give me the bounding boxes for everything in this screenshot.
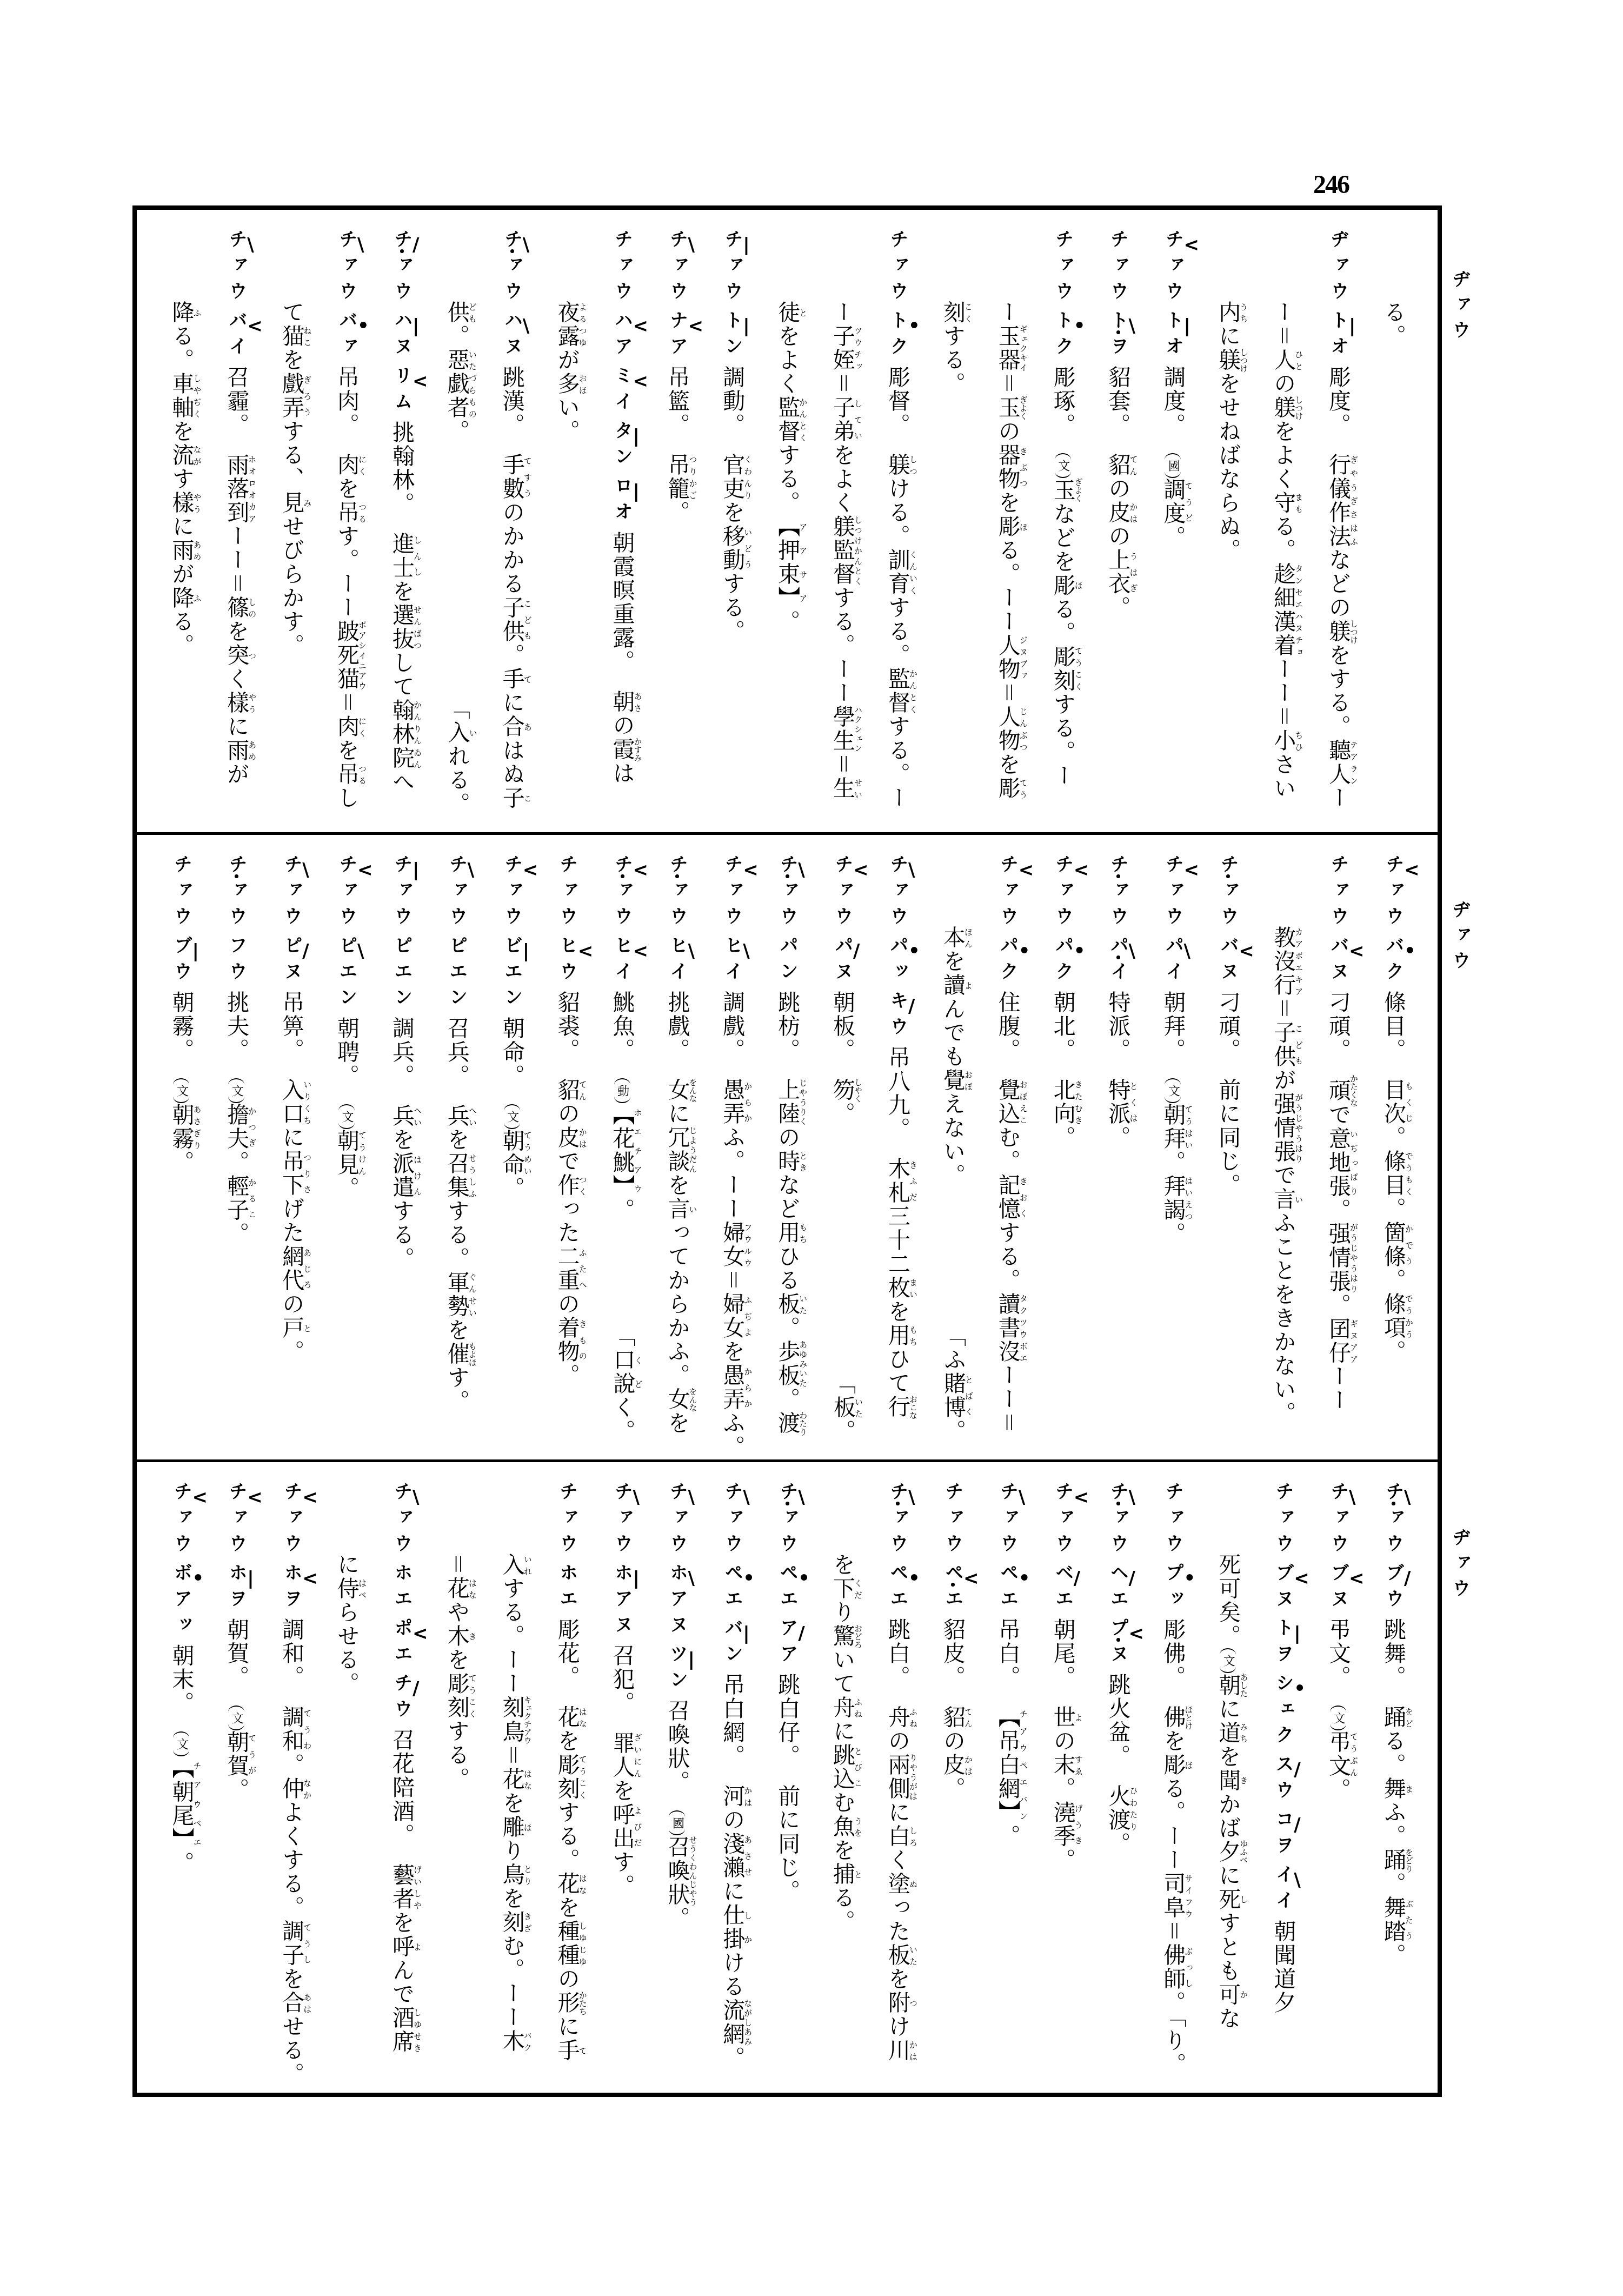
lemma-characters: 召霾。 (224, 366, 249, 437)
aspiration-dot-icon (400, 249, 404, 253)
definition-text: ー＝人ひとの躾しつけをよく守まもる。趁細漢着タンセエハヌチョーー＝小ちひさい (1271, 301, 1295, 800)
text-run: に (1215, 324, 1240, 348)
ruby-reading: ぎよく (1019, 396, 1028, 420)
ruby-word: 刻こく (940, 301, 965, 324)
continuation-column: 内うちに躾しつけをせねばならぬ。 (1200, 210, 1255, 832)
definition-text: ＝花はなや木きを彫刻てうこくする。 (444, 1553, 469, 1791)
ruby-word: 見み (279, 491, 304, 515)
ruby-word: 囝仔ギヌアア (1326, 1317, 1351, 1365)
ruby-base: 學生 (830, 705, 855, 753)
text-run: 。 (1381, 1197, 1406, 1221)
ruby-word: 躾しつ (885, 453, 910, 477)
headword-syllable: チァウ\ (391, 1482, 413, 1560)
ruby-base: 調子 (279, 1920, 304, 1967)
headword-syllable: ヂァウ (1327, 229, 1349, 307)
ruby-reading: ポアシイニアウ (357, 620, 367, 691)
headword-syllable: チァウ (556, 854, 578, 932)
text-run: 「り。 (1161, 2005, 1186, 2076)
ruby-reading: いた (908, 1943, 918, 1967)
ruby-base: 器物 (995, 443, 1020, 491)
syllable-kana: ハア (611, 310, 633, 362)
entry-column: チァウブヌ<トヲ|シェク•スウ/コヲ/イイ\朝聞道夕 (1255, 1462, 1311, 2093)
ruby-word: 强情張がうじやうはり (1271, 1092, 1295, 1164)
ruby-reading: て (523, 667, 533, 691)
ruby-reading: よ (413, 1935, 422, 1959)
syllable-kana: アア (776, 1618, 798, 1670)
ruby-reading: ぎろう (302, 372, 312, 420)
ruby-base: 惡戯者 (444, 348, 469, 420)
headword-syllable: チァウ< (170, 1482, 192, 1560)
ruby-base: 花 (444, 1577, 469, 1601)
ruby-reading: しゆせき (413, 2006, 422, 2054)
headword-kana: チァウブヌ<トヲ|シェク•スウ/コヲ/イイ\ (1272, 1482, 1294, 1920)
ruby-base: 徒 (775, 301, 800, 324)
syllable-kana: ブヌ (1327, 1563, 1349, 1615)
definition-text: 頑かたくなで意地張いぢっぱり。强情張がうじやうはり。囝仔ギヌアアーー (1326, 1078, 1351, 1412)
ruby-base: 佛師 (1160, 1943, 1185, 1991)
tone-mark-icon: • (908, 942, 920, 960)
headword-syllable: トオ| (1162, 310, 1183, 362)
definition-text: 朝あさの霞かすみは (610, 690, 635, 785)
ruby-reading: あさせ (743, 1832, 753, 1880)
headword-syllable: チァウ\ (666, 229, 688, 307)
headword-syllable: トク• (887, 310, 908, 362)
headword-syllable: ピエン (446, 935, 468, 1013)
headword-syllable: トヲ\ (1107, 310, 1129, 362)
entry-column: チァウ\ペエ•バン|吊白網。河かはの淺瀨あさせに仕掛しかける流網ながしあみ。 (704, 1462, 760, 2093)
text-run: を (995, 491, 1020, 515)
ruby-reading: いどう (743, 525, 753, 572)
syllable-kana: チァウ (1272, 1482, 1294, 1560)
syllable-kana: チァウ (1107, 1482, 1129, 1560)
definition-text: 前に同じ。 (1215, 1078, 1240, 1197)
headword-syllable: ビエン| (501, 935, 523, 1013)
ruby-word: 言い (664, 1197, 689, 1221)
headword-syllable: ブウ/ (1382, 1563, 1404, 1615)
ruby-base: 彫刻 (444, 1672, 469, 1720)
entry-column: チァウフウ挑夫。文擔夫かつぎ。輕子かるこ。 (209, 835, 264, 1459)
text-run: が (1271, 1069, 1295, 1092)
tone-mark-icon: \ (247, 236, 254, 254)
continuation-column: に侍はべらせる。 (319, 1462, 374, 2093)
syllable-kana: チァウ (887, 854, 908, 932)
headword-kana: チァウ\パン (776, 854, 798, 991)
ruby-base: 可 (1215, 1983, 1240, 2007)
entry-columns: る。ヂァウトオ|彫度。行儀作法ぎやうぎさはふなどの躾しつけをする。聽人テアランー… (154, 210, 1421, 832)
ruby-reading: と (302, 1316, 312, 1340)
text-run: を (1160, 1729, 1185, 1753)
tone-mark-icon: | (743, 317, 749, 335)
usage-label: 文 (228, 1706, 244, 1730)
text-run: を (610, 1779, 635, 1803)
headword-kana: チァウプッ• (1162, 1482, 1183, 1618)
headword-syllable: チァウ\ (1107, 1482, 1129, 1560)
ruby-base: 吊下 (279, 1150, 304, 1197)
headword-syllable: チァウ\ (225, 229, 247, 307)
headword-syllable: チァウ (887, 229, 908, 307)
headword-kana: チァウ<パク• (997, 854, 1019, 991)
definition-text: 國調度てうど。 (1160, 453, 1185, 549)
syllable-kana: チァウ (611, 854, 633, 932)
headword-kana: チァウ<ホヲ< (281, 1482, 302, 1618)
definition-text: 笏しやく。 (830, 1078, 855, 1126)
ruby-base: 舟 (830, 1696, 855, 1720)
tone-mark-icon: • (1074, 317, 1086, 335)
ruby-word: 教沒行カアボエキア (1271, 926, 1295, 997)
headword-kana: チァウ<トオ| (1162, 229, 1183, 366)
ruby-reading: タクツウボエ (1019, 1292, 1028, 1364)
headword-syllable: チァウ (1327, 854, 1349, 932)
lemma-characters: 吊白。 (995, 1618, 1020, 1689)
ruby-word: 召集せうしふ (444, 1152, 469, 1199)
definition-text: 文擔夫かつぎ。輕子かるこ。 (224, 1078, 249, 1246)
ruby-reading: はな (523, 1768, 533, 1791)
text-run: をする。 (1326, 643, 1351, 739)
text-run: 。 (1160, 526, 1185, 549)
text-run: る。ーー (1160, 1777, 1185, 1872)
text-run: 。 (1050, 1777, 1075, 1801)
ruby-reading: とくは (1129, 1078, 1139, 1126)
ruby-base: 刻鳥 (500, 1696, 524, 1744)
syllable-kana: チァウ (776, 1482, 798, 1560)
ruby-reading: をど (1404, 1706, 1414, 1729)
ruby-word: 板いた (830, 1396, 855, 1419)
ruby-reading: つ (247, 643, 257, 667)
syllable-kana: チァウ (336, 229, 357, 307)
ruby-base: 官吏 (720, 453, 744, 501)
text-run: を (664, 1173, 689, 1197)
ruby-base: 踊 (1381, 1848, 1406, 1873)
text-run: へ (389, 770, 414, 794)
text-run: った (885, 1896, 910, 1943)
lemma-characters: 朝霧。 (169, 991, 194, 1062)
syllable-kana: チァウ (556, 854, 578, 932)
text-run: 。 (1381, 1269, 1406, 1292)
text-run: 。 (224, 1151, 249, 1174)
headword-kana: チァウ\ペエ•バン| (721, 1482, 743, 1673)
ruby-reading: アアサア (798, 515, 808, 610)
headword-kana: ヂァウトオ| (1327, 229, 1349, 366)
lemma-characters: 吊肉。 (334, 366, 359, 437)
ruby-base: 入口 (279, 1078, 304, 1126)
ruby-reading: あした (1239, 1673, 1248, 1697)
ruby-reading: くわんり (743, 453, 753, 501)
headword-syllable: バァ• (336, 310, 357, 362)
headword-syllable: ピエン (391, 935, 413, 1013)
syllable-kana: チァウ (997, 854, 1019, 932)
headword-syllable: チァウ< (1162, 854, 1183, 932)
syllable-kana: ペエ (776, 1563, 798, 1615)
ruby-word: 篠しの (224, 596, 249, 620)
text-run: 。 (1160, 1222, 1185, 1246)
ruby-word: 趁細漢着タンセエハヌチョ (1271, 562, 1295, 658)
ruby-word: 弔文てうぶん (1326, 1730, 1351, 1778)
ruby-reading: いた (854, 1396, 863, 1419)
tone-mark-icon: | (1294, 1624, 1300, 1643)
entry-band-top: る。ヂァウトオ|彫度。行儀作法ぎやうぎさはふなどの躾しつけをする。聽人テアランー… (137, 210, 1438, 832)
headword-kana: チァウ\ブウ/ (1382, 1482, 1404, 1618)
ruby-reading: きふだ (908, 1157, 918, 1205)
ruby-word: 跳込とびこ (830, 1743, 855, 1791)
ruby-word: 召喚狀せうくわんじやう (664, 1835, 689, 1907)
ruby-base: 【花鮡】 (610, 1103, 635, 1198)
tone-mark-icon: | (633, 427, 640, 446)
ruby-reading: かは (963, 1753, 973, 1777)
entry-columns: チァウ<バク•條目。目次もくじ。條目でうもく。箇條かでう。條項でうかう。チァウバ… (154, 835, 1421, 1459)
ruby-base: 弔文 (1326, 1730, 1351, 1778)
entry-column: チァウバヌ<刁頑。前に同じ。 (1200, 835, 1255, 1459)
definition-text: 動【花鮡】ホエチアウ。 (610, 1078, 635, 1222)
syllable-kana: パイ (1162, 935, 1183, 987)
entry-column: チァウ\バイ<召霾。雨落到ホオロオカアーー＝篠しのを突つく樣やうに雨あめが (209, 210, 264, 832)
headword-syllable: パッ• (887, 935, 908, 987)
lemma-characters: 朝賀。 (224, 1618, 249, 1689)
headword-syllable: チァウ\ (666, 1482, 688, 1560)
ruby-word: 兵へい (389, 1104, 414, 1128)
tone-mark-icon: \ (357, 942, 364, 960)
ruby-reading: カアボエキア (1294, 926, 1303, 997)
ruby-word: 玉ぎよく (995, 396, 1020, 420)
text-run: 。 (224, 1778, 249, 1802)
text-run: 。 (334, 1177, 359, 1200)
text-run: る。 (1050, 598, 1075, 645)
headword-syllable: ピエン\ (336, 935, 357, 1013)
headword-syllable: チウ/ (391, 1673, 413, 1725)
entry-column: チァウ<ホヲ<調和。調和てうわ。仲なかよくする。調子てうしを合あはせる。 (264, 1462, 319, 2093)
tone-mark-icon: | (633, 482, 640, 501)
ruby-word: 朝賀てうが (224, 1730, 249, 1778)
tone-mark-icon: < (688, 317, 703, 335)
ruby-reading: ちひ (1294, 729, 1303, 753)
ruby-base: 樣 (169, 491, 194, 515)
ruby-word: 言い (1271, 1187, 1295, 1211)
definition-text: を下くだり驚おどろいて舟ふねに跳込とびこむ魚うをを捕とる。 (830, 1553, 855, 1934)
lemma-characters: 吊箅。 (279, 991, 304, 1062)
ruby-base: 突 (224, 643, 249, 667)
ruby-reading: なが (192, 443, 202, 467)
ruby-word: 子こ (500, 786, 524, 810)
ruby-word: 歩板あゆみいた (775, 1340, 800, 1388)
syllable-kana: チァウ (1052, 854, 1074, 932)
ruby-base: 着物 (555, 1316, 580, 1364)
syllable-kana: チァウ (1217, 854, 1239, 932)
text-run: 。 (1326, 1293, 1351, 1317)
text-run: り (500, 1839, 524, 1863)
tone-mark-icon: < (247, 317, 263, 335)
text-run: せびらかす。 (279, 515, 304, 658)
ruby-base: 肉 (334, 715, 359, 739)
ruby-word: 【朝尾】チアウベエ (169, 1756, 194, 1852)
section-header: ヂァウ (1449, 1528, 1471, 1604)
text-run: を (334, 477, 359, 501)
ruby-base: 仲 (279, 1777, 304, 1801)
ruby-word: 輕子かるこ (224, 1174, 249, 1222)
text-run: 。 (1326, 1778, 1351, 1802)
headword-syllable: ホエ (391, 1563, 413, 1615)
headword-syllable: チァウ (170, 854, 192, 932)
headword-syllable: チァウ< (225, 1482, 247, 1560)
syllable-kana: チァウ (391, 854, 413, 932)
ruby-base: 趁細漢着 (1271, 562, 1295, 658)
ruby-base: 雨落到 (224, 453, 249, 525)
ruby-reading: いりくち (302, 1078, 312, 1126)
syllable-kana: チァウ (1327, 1482, 1349, 1560)
ruby-word: 仲なか (279, 1777, 304, 1801)
ruby-base: 罪人 (610, 1731, 635, 1779)
lemma-characters: 召喚狀。 (664, 1699, 689, 1794)
ruby-word: 行儀作法ぎやうぎさはふ (1326, 453, 1351, 548)
ruby-reading: テアラン (1349, 739, 1359, 786)
text-run: 。 (224, 1222, 249, 1246)
ruby-word: 捕と (830, 1862, 855, 1886)
headword-syllable: ロオ| (611, 476, 633, 528)
text-run: を (500, 1791, 524, 1815)
ruby-base: 兵 (389, 1104, 414, 1128)
ruby-base: 皮 (555, 1126, 580, 1150)
headword-syllable: チァウ\ (446, 854, 468, 932)
definition-text: 目次もくじ。條目でうもく。箇條かでう。條項でうかう。 (1381, 1078, 1406, 1364)
ruby-base: 擔夫 (224, 1103, 249, 1151)
headword-syllable: チァウ\ (776, 854, 798, 932)
definition-text: る。 (1381, 301, 1406, 348)
ruby-word: 小ちひ (1271, 729, 1295, 753)
headword-kana: チァウ\ナア< (666, 229, 688, 366)
definition-text: て猫ねこを戲弄ぎろうする、見みせびらかす。 (279, 301, 304, 658)
ruby-reading: ぎよく (1074, 478, 1083, 502)
entry-column: チァウ<トオ|調度。國調度てうど。 (1146, 210, 1201, 832)
ruby-word: 世よ (1050, 1706, 1075, 1729)
ruby-base: 本 (940, 926, 965, 950)
ruby-reading: かたち (578, 1991, 588, 2015)
tone-mark-icon: \ (798, 1488, 804, 1507)
syllable-kana: ペエ (997, 1563, 1019, 1615)
ruby-word: 婦女フウルウ (720, 1221, 744, 1269)
ruby-reading: とばく (964, 1372, 974, 1419)
ruby-reading: とびこ (853, 1743, 863, 1791)
ruby-reading: やう (192, 491, 202, 515)
ruby-reading: つ (908, 1991, 918, 2015)
continuation-column: 入いれする。ーー刻鳥キェクチアウ＝花はなを雕ほり鳥とりを刻きざむ。ーー木バク (484, 1462, 540, 2093)
ruby-base: 河 (720, 1784, 744, 1808)
continuation-column: る。 (1366, 210, 1421, 832)
definition-text: 文朝命てうめい。 (500, 1104, 524, 1200)
lemma-characters: 朝北。 (1050, 991, 1075, 1062)
ruby-base: 躾 (1326, 620, 1351, 644)
ruby-word: 附つ (885, 1991, 910, 2015)
text-run: を (279, 348, 304, 372)
ruby-base: 鳥 (500, 1863, 524, 1887)
headword-syllable: バヌ< (1217, 935, 1239, 987)
definition-text: 文朝賀てうが。 (224, 1706, 249, 1802)
tone-mark-icon: / (413, 1680, 419, 1698)
ruby-word: 朝拜てうはい (1160, 1103, 1185, 1151)
headword-syllable: ヒウ< (556, 935, 578, 987)
entry-column: チァウ|トン|調動。官吏くわんりを移動いどうする。 (704, 210, 760, 832)
ruby-reading: くだ (853, 1577, 863, 1601)
syllable-kana: チァウ (1107, 854, 1129, 932)
ruby-reading: てうし (302, 1920, 312, 1967)
syllable-kana: パク (997, 935, 1019, 987)
ruby-base: 彫 (1160, 1753, 1185, 1777)
usage-label: 文 (228, 1078, 244, 1103)
ruby-word: 板いた (885, 1943, 910, 1967)
ruby-reading: しつけかんとく (853, 515, 863, 586)
ruby-word: 用もち (885, 1324, 910, 1348)
headword-kana: チァウ\ハヌ\ (501, 229, 523, 366)
ruby-reading: しゆじゆ (578, 1920, 588, 1967)
syllable-kana: ハヌ (391, 310, 413, 362)
text-run: を (389, 1128, 414, 1152)
ruby-reading: き (468, 1624, 477, 1648)
ruby-word: 口說くど (610, 1348, 635, 1396)
headword-syllable: チァウ (556, 1482, 578, 1560)
text-run: ってからかふ。 (664, 1221, 689, 1388)
text-run: に (169, 515, 194, 539)
headword-syllable: チァウ\ (611, 1482, 633, 1560)
syllable-kana: チァウ (225, 854, 247, 932)
entry-column: チァウホエ彫花。花はなを彫刻てうこくする。花はなを種種しゆじゆの形かたちに手て (540, 1462, 595, 2093)
ruby-base: 捕 (830, 1862, 855, 1886)
ruby-base: 流 (169, 443, 194, 467)
ruby-word: 雨あめ (224, 739, 249, 762)
tone-mark-icon: < (1074, 1488, 1089, 1507)
text-run: を (664, 1411, 689, 1435)
ruby-reading: してい (853, 396, 863, 443)
ruby-reading: あは (302, 1991, 312, 2015)
tone-mark-icon: \ (908, 861, 915, 879)
ruby-base: 召集 (444, 1152, 469, 1199)
ruby-reading: なか (302, 1777, 312, 1801)
text-run: を (555, 1896, 580, 1920)
headword-syllable: チァウ (1217, 854, 1239, 932)
entry-column: チァウ\ホアヌ\ツン|召喚狀。國召喚狀せうくわんじやう。 (650, 1462, 705, 2093)
text-run: に (224, 715, 249, 739)
lemma-characters: 鮡魚。 (610, 991, 635, 1062)
continuation-column: 供ども。惡戯者いたづらもの。「入いれる。 (429, 210, 484, 832)
lemma-characters: 彫佛。 (1160, 1618, 1185, 1689)
ruby-base: 内 (1215, 301, 1240, 324)
headword-syllable: ホヲ< (281, 1563, 302, 1615)
ruby-base: 選抜 (389, 603, 414, 651)
ruby-reading: ホオロオカア (247, 453, 257, 525)
ruby-word: 朝命てうめい (500, 1129, 524, 1177)
syllable-kana: チウ (391, 1673, 413, 1725)
text-run: ける。 (885, 477, 910, 548)
ruby-base: 婦女 (720, 1221, 744, 1269)
ruby-reading: せうくわんじやう (688, 1835, 697, 1907)
text-run: の (1271, 372, 1295, 396)
definition-text: 花はなを彫刻てうこくする。花はなを種種しゆじゆの形かたちに手て (555, 1706, 580, 2062)
ruby-word: 調和てうわ (279, 1706, 304, 1753)
tone-mark-icon: • (1183, 1569, 1195, 1588)
entry-column: チァウトク•彫督。躾しつける。訓育くんいくする。監督かんとくする。ー (870, 210, 925, 832)
ruby-base: 朝 (610, 690, 635, 714)
text-run: 「 (445, 697, 470, 721)
ruby-word: 意地張いぢっぱり (1326, 1127, 1351, 1198)
lemma-characters: 吊白網。 (720, 1673, 744, 1768)
ruby-base: 訓育 (885, 548, 910, 596)
ruby-base: 彫刻 (1050, 645, 1075, 693)
text-run: に (664, 1102, 689, 1126)
syllable-kana: チァウ (1052, 229, 1074, 307)
headword-syllable: ブヌ< (1327, 1563, 1349, 1615)
syllable-kana: ブウ (1382, 1563, 1404, 1615)
text-run: を (444, 1318, 469, 1342)
ruby-word: 進士しんし (389, 532, 414, 580)
ruby-base: 子弟 (830, 396, 855, 443)
ruby-base: 朝霧 (169, 1103, 194, 1151)
definition-text: 愚弄からかふ。ーー婦女フウルウ＝婦女ふぢよを愚弄からかふ。 (720, 1078, 744, 1459)
